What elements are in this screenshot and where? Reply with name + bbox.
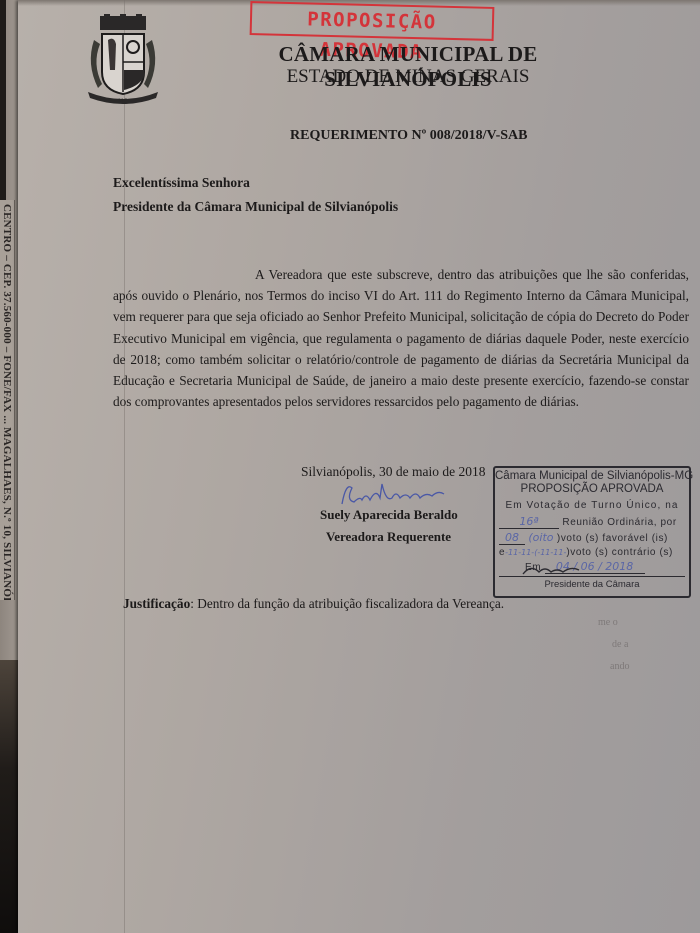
faint-note: de a (598, 634, 629, 656)
document-page: MG PROPOSIÇÃO APROVADA CÂMARA MUNICIPAL … (18, 0, 700, 933)
votes-for-words: (oito (528, 531, 553, 544)
faint-note: me o (598, 612, 629, 634)
background-surface (0, 660, 18, 933)
stamp-institution: Câmara Municipal de Silvianópolis-MG (495, 470, 689, 482)
shadow (0, 0, 6, 200)
body-paragraph: A Vereadora que este subscreve, dentro d… (113, 264, 689, 412)
faint-note: ando (598, 656, 629, 678)
faint-show-through-text: me o de a ando (598, 612, 629, 678)
session-label: Reunião Ordinária, por (562, 517, 676, 528)
session-number: 16ª (499, 515, 559, 529)
svg-text:MG: MG (118, 98, 128, 104)
back-sheet-text: CENTRO – CEP. 37.560-000 – FONE/FAX ... … (1, 204, 13, 600)
stamp-status: PROPOSIÇÃO APROVADA (495, 483, 689, 495)
salutation-line-2: Presidente da Câmara Municipal de Silvia… (113, 199, 398, 215)
stamp-votes-for-row: 08 (oito )voto (s) favorável (is) (499, 531, 687, 545)
back-sheet-footer: CENTRO – CEP. 37.560-000 – FONE/FAX ... … (0, 200, 15, 600)
votes-against-number: -11-11- (505, 548, 534, 557)
approved-stamp: PROPOSIÇÃO APROVADA (250, 1, 495, 41)
document-title: REQUERIMENTO Nº 008/2018/V-SAB (290, 128, 527, 144)
justification-text: : Dentro da função da atribuição fiscali… (190, 596, 504, 611)
request-body: A Vereadora que este subscreve, dentro d… (113, 264, 689, 412)
stamp-votes-against-row: e-11-11-(-11-11-)voto (s) contrário (s) (499, 547, 687, 558)
signature-line (499, 576, 685, 577)
signer-name: Suely Aparecida Beraldo (320, 507, 458, 523)
votes-against-label: )voto (s) contrário (s) (566, 547, 673, 558)
votes-for-label: )voto (s) favorável (is) (557, 533, 668, 544)
stamp-session-row: 16ª Reunião Ordinária, por (499, 515, 687, 529)
justification: Justificação: Dentro da função da atribu… (123, 596, 504, 612)
stamp-voting-type: Em Votação de Turno Único, na (495, 500, 689, 511)
signer-role: Vereadora Requerente (326, 529, 451, 545)
fold-line (124, 0, 125, 933)
votes-for-number: 08 (499, 531, 525, 545)
institution-state: ESTADO DE MINAS GERAIS (198, 66, 618, 88)
vote-approval-stamp: Câmara Municipal de Silvianópolis-MG PRO… (493, 466, 691, 598)
justification-label: Justificação (123, 596, 190, 611)
president-label: Presidente da Câmara (495, 579, 689, 590)
votes-against-words: (-11-11- (534, 548, 566, 557)
salutation-line-1: Excelentíssima Senhora (113, 175, 250, 191)
coat-of-arms-icon: MG (82, 14, 164, 104)
